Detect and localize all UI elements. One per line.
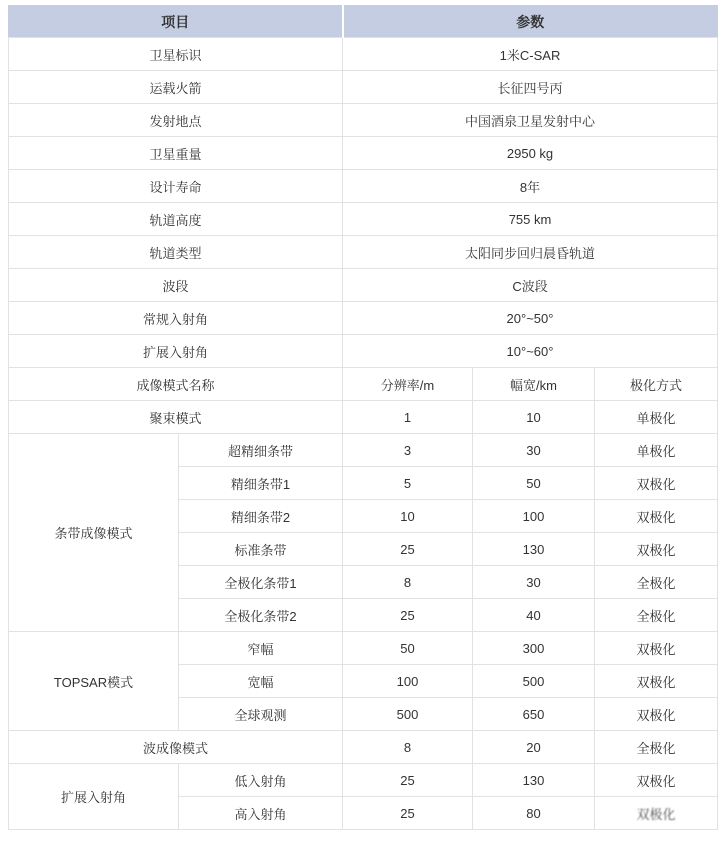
- resolution-cell: 8: [343, 731, 473, 764]
- spec-row: 轨道类型 太阳同步回归晨昏轨道: [9, 236, 718, 269]
- mode-group-cell: 条带成像模式: [9, 434, 179, 632]
- mode-header-name: 成像模式名称: [9, 368, 343, 401]
- resolution-cell: 1: [343, 401, 473, 434]
- swath-cell: 130: [473, 764, 595, 797]
- row-value: 长征四号丙: [343, 71, 718, 104]
- mode-name-cell: 窄幅: [179, 632, 343, 665]
- mode-name-cell: 聚束模式: [9, 401, 343, 434]
- polarization-cell: 双极化: [595, 632, 718, 665]
- polarization-cell: 全极化: [595, 599, 718, 632]
- mode-name-cell: 精细条带1: [179, 467, 343, 500]
- mode-name-cell: 精细条带2: [179, 500, 343, 533]
- row-value: 1米C-SAR: [343, 38, 718, 71]
- resolution-cell: 100: [343, 665, 473, 698]
- mode-name-cell: 标准条带: [179, 533, 343, 566]
- spec-row: 发射地点 中国酒泉卫星发射中心: [9, 104, 718, 137]
- spec-row: 波段 C波段: [9, 269, 718, 302]
- spec-row: 扩展入射角 10°~60°: [9, 335, 718, 368]
- row-value: 8年: [343, 170, 718, 203]
- spec-row: 轨道高度 755 km: [9, 203, 718, 236]
- polarization-cell: 全极化: [595, 566, 718, 599]
- spec-row: 常规入射角 20°~50°: [9, 302, 718, 335]
- swath-cell: 30: [473, 566, 595, 599]
- swath-cell: 30: [473, 434, 595, 467]
- mode-row: TOPSAR模式 窄幅 50 300 双极化: [9, 632, 718, 665]
- swath-cell: 80: [473, 797, 595, 830]
- polarization-cell: 双极化: [595, 764, 718, 797]
- mode-row: 扩展入射角 低入射角 25 130 双极化: [9, 764, 718, 797]
- swath-cell: 50: [473, 467, 595, 500]
- mode-name-cell: 宽幅: [179, 665, 343, 698]
- polarization-cell: 双极化: [595, 665, 718, 698]
- row-value: 755 km: [343, 203, 718, 236]
- polarization-cell: 双极化: [595, 467, 718, 500]
- polarization-cell: 双极化: [595, 500, 718, 533]
- mode-name-cell: 超精细条带: [179, 434, 343, 467]
- row-label: 卫星标识: [9, 38, 343, 71]
- mode-header-polarization: 极化方式: [595, 368, 718, 401]
- polarization-cell: 双极化: [595, 698, 718, 731]
- header-item: 项目: [9, 6, 343, 38]
- resolution-cell: 5: [343, 467, 473, 500]
- row-label: 设计寿命: [9, 170, 343, 203]
- row-value: 太阳同步回归晨昏轨道: [343, 236, 718, 269]
- row-value: 10°~60°: [343, 335, 718, 368]
- row-value: 20°~50°: [343, 302, 718, 335]
- swath-cell: 650: [473, 698, 595, 731]
- resolution-cell: 500: [343, 698, 473, 731]
- spec-table-container: 项目 参数 卫星标识 1米C-SAR 运载火箭 长征四号丙 发射地点 中国酒泉卫…: [8, 5, 717, 830]
- resolution-cell: 25: [343, 533, 473, 566]
- mode-name-cell: 高入射角: [179, 797, 343, 830]
- spec-row: 设计寿命 8年: [9, 170, 718, 203]
- swath-cell: 100: [473, 500, 595, 533]
- resolution-cell: 25: [343, 764, 473, 797]
- mode-name-cell: 全极化条带2: [179, 599, 343, 632]
- spec-row: 卫星重量 2950 kg: [9, 137, 718, 170]
- row-label: 扩展入射角: [9, 335, 343, 368]
- swath-cell: 40: [473, 599, 595, 632]
- row-label: 轨道高度: [9, 203, 343, 236]
- satellite-spec-table: 项目 参数 卫星标识 1米C-SAR 运载火箭 长征四号丙 发射地点 中国酒泉卫…: [8, 5, 718, 830]
- resolution-cell: 3: [343, 434, 473, 467]
- swath-cell: 20: [473, 731, 595, 764]
- row-value: 中国酒泉卫星发射中心: [343, 104, 718, 137]
- mode-header-swath: 幅宽/km: [473, 368, 595, 401]
- swath-cell: 300: [473, 632, 595, 665]
- polarization-cell: 单极化: [595, 434, 718, 467]
- swath-cell: 130: [473, 533, 595, 566]
- resolution-cell: 25: [343, 797, 473, 830]
- spec-row: 运载火箭 长征四号丙: [9, 71, 718, 104]
- polarization-cell: 单极化: [595, 401, 718, 434]
- mode-name-cell: 波成像模式: [9, 731, 343, 764]
- resolution-cell: 10: [343, 500, 473, 533]
- row-label: 轨道类型: [9, 236, 343, 269]
- mode-name-cell: 全极化条带1: [179, 566, 343, 599]
- spec-row: 卫星标识 1米C-SAR: [9, 38, 718, 71]
- resolution-cell: 25: [343, 599, 473, 632]
- row-value: C波段: [343, 269, 718, 302]
- row-value: 2950 kg: [343, 137, 718, 170]
- resolution-cell: 8: [343, 566, 473, 599]
- row-label: 波段: [9, 269, 343, 302]
- mode-header-resolution: 分辨率/m: [343, 368, 473, 401]
- row-label: 常规入射角: [9, 302, 343, 335]
- mode-name-cell: 全球观测: [179, 698, 343, 731]
- mode-group-cell: TOPSAR模式: [9, 632, 179, 731]
- mode-row: 聚束模式 1 10 单极化: [9, 401, 718, 434]
- mode-header-row: 成像模式名称 分辨率/m 幅宽/km 极化方式: [9, 368, 718, 401]
- mode-row: 条带成像模式 超精细条带 3 30 单极化: [9, 434, 718, 467]
- mode-name-cell: 低入射角: [179, 764, 343, 797]
- swath-cell: 10: [473, 401, 595, 434]
- polarization-cell: 双极化: [595, 533, 718, 566]
- resolution-cell: 50: [343, 632, 473, 665]
- row-label: 卫星重量: [9, 137, 343, 170]
- row-label: 发射地点: [9, 104, 343, 137]
- mode-row: 波成像模式 8 20 全极化: [9, 731, 718, 764]
- swath-cell: 500: [473, 665, 595, 698]
- mode-group-cell: 扩展入射角: [9, 764, 179, 830]
- polarization-cell-watermarked: 双极化: [595, 797, 718, 830]
- row-label: 运载火箭: [9, 71, 343, 104]
- header-param: 参数: [343, 6, 718, 38]
- header-row: 项目 参数: [9, 6, 718, 38]
- polarization-cell: 全极化: [595, 731, 718, 764]
